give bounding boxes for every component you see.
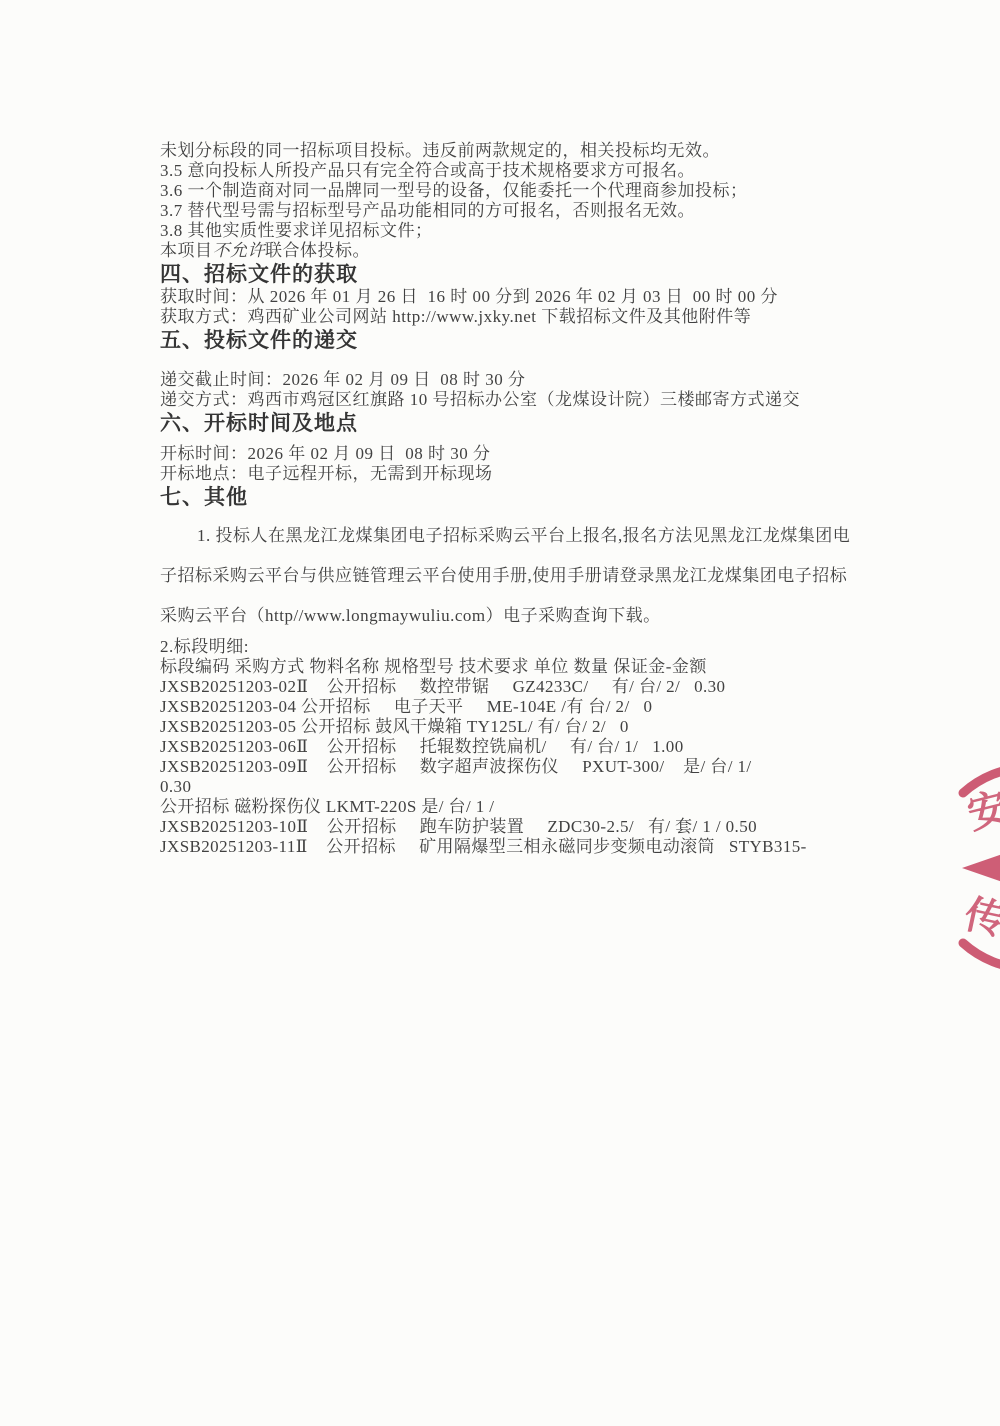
lot-row-05: JXSB20251203-05 公开招标 鼓风干燥箱 TY125L/ 有/ 台/… (160, 717, 629, 737)
lot-row-09-continuation: 0.30 (160, 777, 191, 797)
document-content: 未划分标段的同一招标项目投标。违反前两款规定的，相关投标均无效。 3.5 意向投… (160, 141, 880, 857)
lot-row-06: JXSB20251203-06Ⅱ 公开招标 托辊数控铣扁机/ 有/ 台/ 1/ … (160, 737, 684, 757)
clause-3-7: 3.7 替代型号需与招标型号产品功能相同的方可报名，否则报名无效。 (160, 201, 695, 221)
lot-row-04: JXSB20251203-04 公开招标 电子天平 ME-104E /有 台/ … (160, 697, 652, 717)
paragraph-continuation: 未划分标段的同一招标项目投标。违反前两款规定的，相关投标均无效。 (160, 141, 720, 161)
s7-registration-paragraph: 1. 投标人在黑龙江龙煤集团电子招标采购云平台上报名,报名方法见黑龙江龙煤集团电… (160, 516, 850, 636)
s7-para-line-2: 子招标采购云平台与供应链管理云平台使用手册,使用手册请登录黑龙江龙煤集团电子招标 (160, 566, 847, 585)
clause-3-5: 3.5 意向投标人所投产品只有完全符合或高于技术规格要求方可报名。 (160, 161, 695, 181)
s5-submit-deadline: 递交截止时间：2026 年 02 月 09 日 08 时 30 分 (160, 370, 526, 390)
s7-para-line-3: 采购云平台（http//www.longmaywuliu.com）电子采购查询下… (160, 606, 661, 625)
s4-obtain-time: 获取时间：从 2026 年 01 月 26 日 16 时 00 分到 2026 … (160, 287, 778, 307)
lot-row-09: JXSB20251203-09Ⅱ 公开招标 数字超声波探伤仪 PXUT-300/… (160, 757, 752, 777)
s6-opening-place: 开标地点：电子远程开标，无需到开标现场 (160, 464, 493, 484)
lot-details-label: 2.标段明细: (160, 637, 249, 657)
joint-prefix: 本项目 (160, 241, 213, 260)
clause-3-8: 3.8 其他实质性要求详见招标文件； (160, 221, 433, 241)
joint-suffix: 联合体投标。 (265, 241, 370, 260)
scanned-document-page: 未划分标段的同一招标项目投标。违反前两款规定的，相关投标均无效。 3.5 意向投… (0, 0, 1000, 1426)
joint-venture-note: 本项目不允许联合体投标。 (160, 241, 370, 261)
lot-row-02: JXSB20251203-02Ⅱ 公开招标 数控带锯 GZ4233C/ 有/ 台… (160, 677, 725, 697)
s6-opening-time: 开标时间：2026 年 02 月 09 日 08 时 30 分 (160, 444, 491, 464)
seal-char-bottom: 传 (961, 891, 1000, 943)
seal-bottom-arc-shape (963, 943, 1000, 969)
lot-row-10: JXSB20251203-10Ⅱ 公开招标 跑车防护装置 ZDC30-2.5/ … (160, 817, 757, 837)
seal-char-top-left: 安 (963, 784, 1000, 837)
lot-table-header: 标段编码 采购方式 物料名称 规格型号 技术要求 单位 数量 保证金-金额 (160, 657, 707, 677)
section-5-heading: 五、投标文件的递交 (160, 327, 358, 353)
clause-3-6: 3.6 一个制造商对同一品牌同一型号的设备，仅能委托一个代理商参加投标； (160, 181, 748, 201)
lot-row-11: JXSB20251203-11Ⅱ 公开招标 矿用隔爆型三相永磁同步变频电动滚筒 … (160, 837, 807, 857)
joint-italic-not-allowed: 不允许 (213, 241, 266, 260)
s4-obtain-method: 获取方式：鸡西矿业公司网站 http://www.jxky.net 下载招标文件… (160, 307, 751, 327)
red-seal-stamp: 安 全 传 (940, 755, 1000, 975)
section-7-heading: 七、其他 (160, 484, 248, 510)
s7-para-line-1: 1. 投标人在黑龙江龙煤集团电子招标采购云平台上报名,报名方法见黑龙江龙煤集团电 (197, 526, 850, 545)
section-6-heading: 六、开标时间及地点 (160, 410, 358, 436)
lot-row-magnetic: 公开招标 磁粉探伤仪 LKMT-220S 是/ 台/ 1 / (160, 797, 494, 817)
section-4-heading: 四、招标文件的获取 (160, 261, 358, 287)
s5-submit-method: 递交方式：鸡西市鸡冠区红旗路 10 号招标办公室（龙煤设计院）三楼邮寄方式递交 (160, 390, 800, 410)
